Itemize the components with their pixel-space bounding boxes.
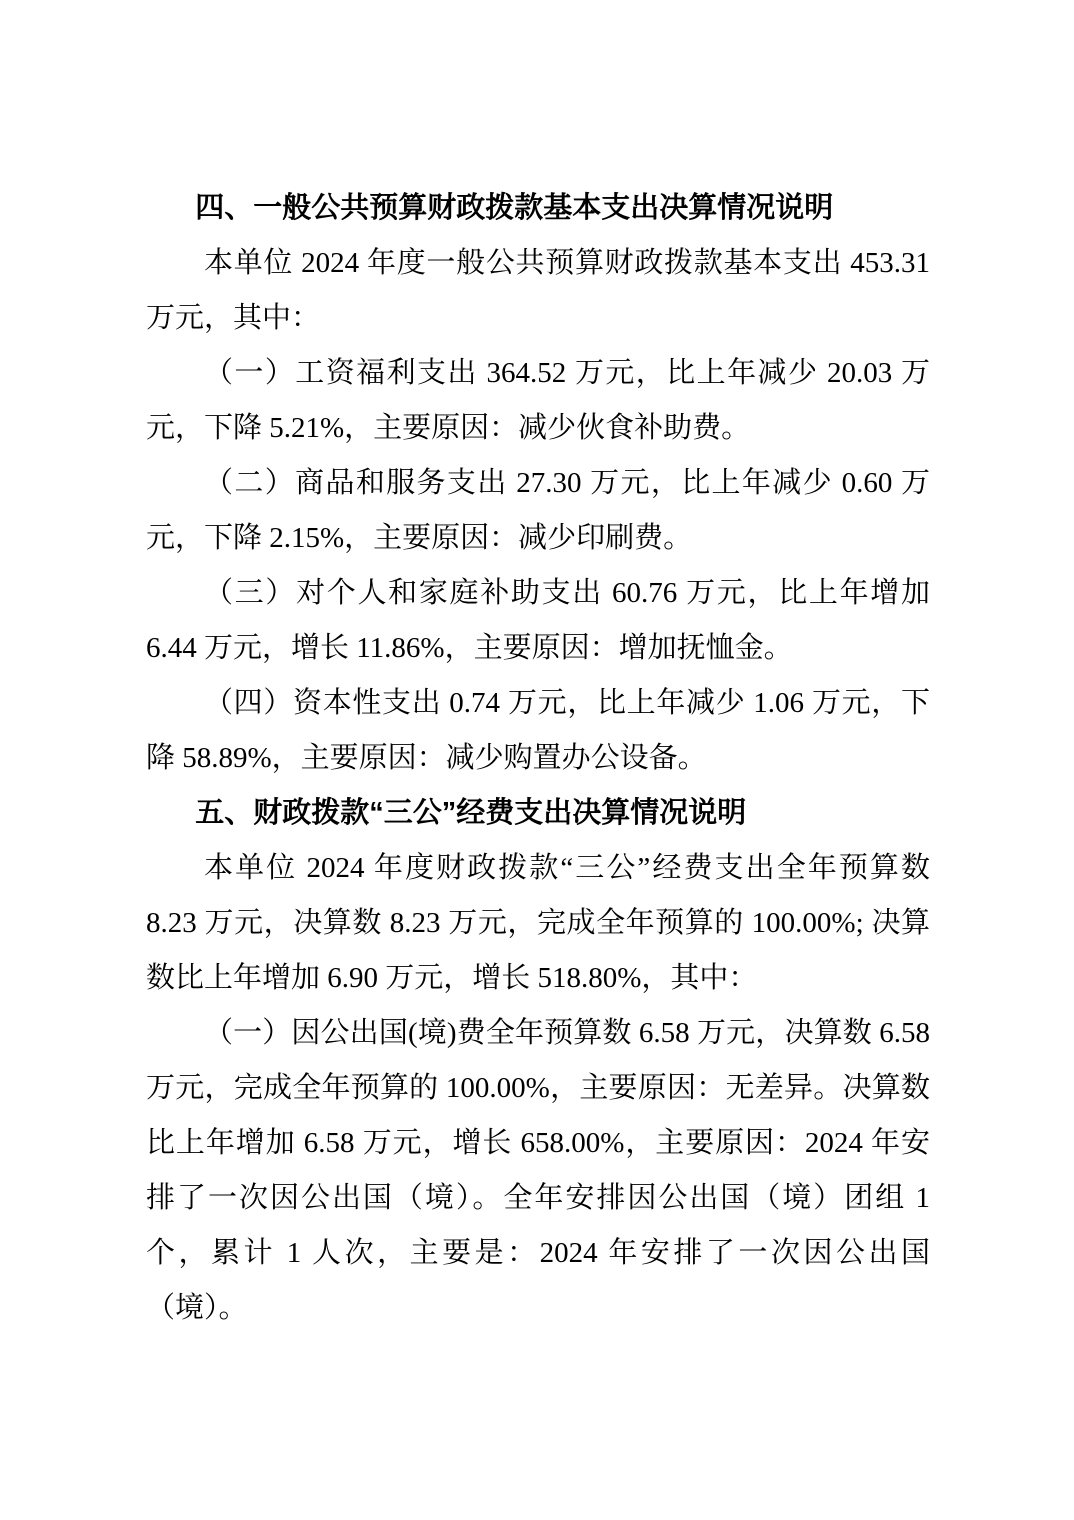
para-section-4-item-1-wages-welfare: （一）工资福利支出 364.52 万元，比上年减少 20.03 万元，下降 5.… [146, 346, 930, 456]
para-section-4-intro: 本单位 2024 年度一般公共预算财政拨款基本支出 453.31 万元，其中： [146, 236, 930, 346]
para-section-4-item-4-capital-expenditure: （四）资本性支出 0.74 万元，比上年减少 1.06 万元，下降 58.89%… [146, 676, 930, 786]
para-section-5-item-1-overseas-travel: （一）因公出国(境)费全年预算数 6.58 万元，决算数 6.58 万元，完成全… [146, 1006, 930, 1336]
para-section-4-item-3-individual-family-subsidy: （三）对个人和家庭补助支出 60.76 万元，比上年增加 6.44 万元，增长 … [146, 566, 930, 676]
para-section-4-item-2-goods-services: （二）商品和服务支出 27.30 万元，比上年减少 0.60 万元，下降 2.1… [146, 456, 930, 566]
para-section-5-intro: 本单位 2024 年度财政拨款“三公”经费支出全年预算数 8.23 万元，决算数… [146, 841, 930, 1006]
document-page: 四、一般公共预算财政拨款基本支出决算情况说明 本单位 2024 年度一般公共预算… [0, 0, 1074, 1520]
heading-section-4-basic-expenditure: 四、一般公共预算财政拨款基本支出决算情况说明 [146, 181, 930, 236]
heading-section-5-three-public-funds: 五、财政拨款“三公”经费支出决算情况说明 [146, 786, 930, 841]
